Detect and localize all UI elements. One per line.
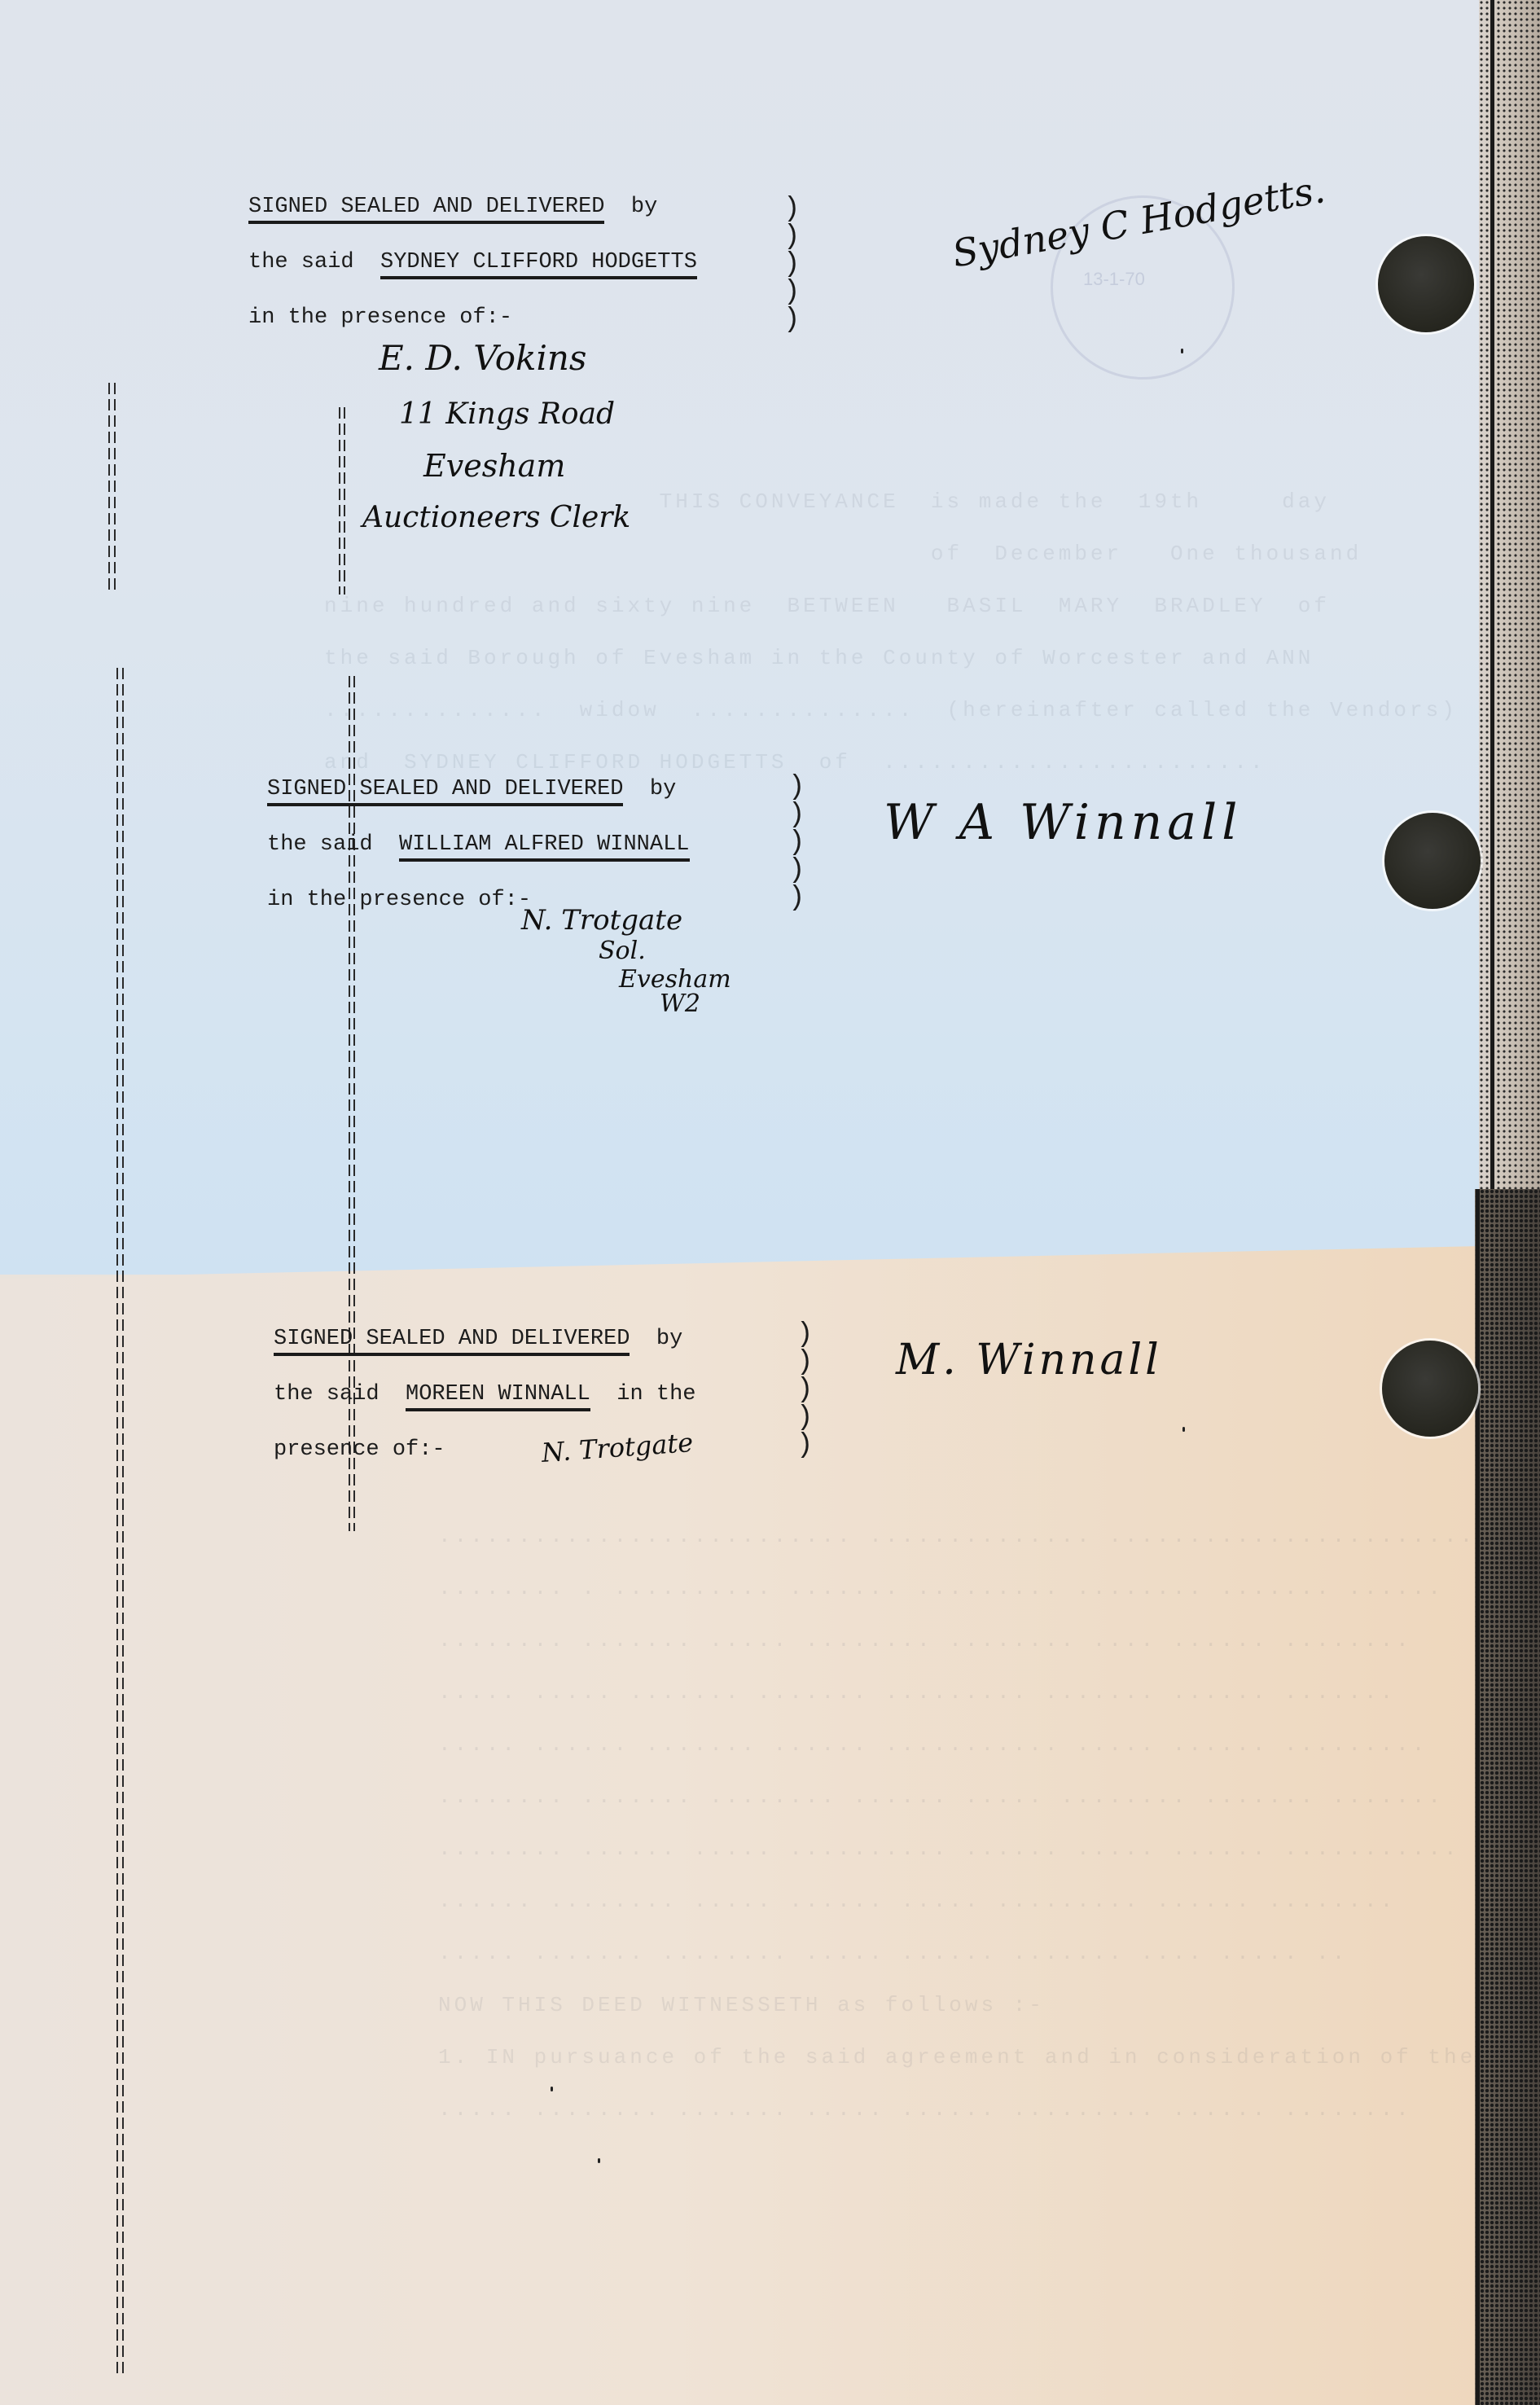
block-heading: SIGNED SEALED AND DELIVERED (248, 195, 604, 224)
dust-speck (551, 2087, 553, 2091)
heading-suffix: by (650, 777, 676, 801)
witness-occupation: Auctioneers Clerk (362, 501, 630, 534)
witness-address-line: 11 Kings Road (399, 397, 615, 431)
execution-brace: ))))) (783, 195, 800, 334)
witness-town: Evesham (423, 448, 565, 484)
margin-rule-left (122, 668, 124, 2378)
party-name: WILLIAM ALFRED WINNALL (399, 832, 689, 862)
dust-speck (598, 2158, 600, 2163)
witness-name: N. Trotgate (521, 904, 682, 937)
execution-brace: ))))) (788, 774, 805, 912)
party-signature: M. Winnall (896, 1336, 1162, 1385)
margin-rule-left (116, 668, 118, 2378)
presence-label: in the presence of:- (248, 305, 512, 330)
the-said-label: the said (267, 832, 373, 857)
witness-name: E. D. Vokins (379, 338, 587, 378)
dust-speck (1181, 349, 1183, 353)
the-said-label: the said (248, 250, 354, 274)
binding-hole (1378, 236, 1474, 332)
stamp-date: 13-1-70 (1083, 269, 1145, 290)
party-signature: W A Winnall (884, 794, 1242, 851)
presence-label: in the presence of:- (267, 888, 531, 912)
party-name: MOREEN WINNALL (406, 1382, 590, 1411)
reverse-side-show-through-lower: .......................... .............… (358, 1458, 1507, 2135)
margin-rule-inner (344, 407, 345, 595)
party-name: SYDNEY CLIFFORD HODGETTS (380, 250, 697, 279)
binding-hole (1382, 1341, 1478, 1437)
party-suffix: in the (616, 1382, 695, 1407)
dust-speck (1182, 1427, 1185, 1432)
the-said-label: the said (274, 1382, 380, 1407)
margin-rule-inner (339, 407, 340, 595)
block-heading: SIGNED SEALED AND DELIVERED (274, 1327, 630, 1356)
witness-address-line: W2 (660, 990, 700, 1018)
page-edge-line (1490, 0, 1494, 1189)
execution-block-william-winnall: SIGNED SEALED AND DELIVERED by the said … (267, 761, 690, 928)
presence-label: presence of:- (274, 1437, 445, 1462)
heading-suffix: by (656, 1327, 682, 1351)
binding-hole (1384, 813, 1481, 909)
margin-rule-left (114, 383, 116, 595)
execution-brace: ))))) (796, 1321, 813, 1459)
witness-occupation: Sol. (599, 937, 646, 965)
margin-rule-left (108, 383, 110, 595)
heading-suffix: by (631, 195, 657, 219)
execution-block-hodgetts: SIGNED SEALED AND DELIVERED by the said … (248, 179, 697, 345)
block-heading: SIGNED SEALED AND DELIVERED (267, 777, 623, 806)
